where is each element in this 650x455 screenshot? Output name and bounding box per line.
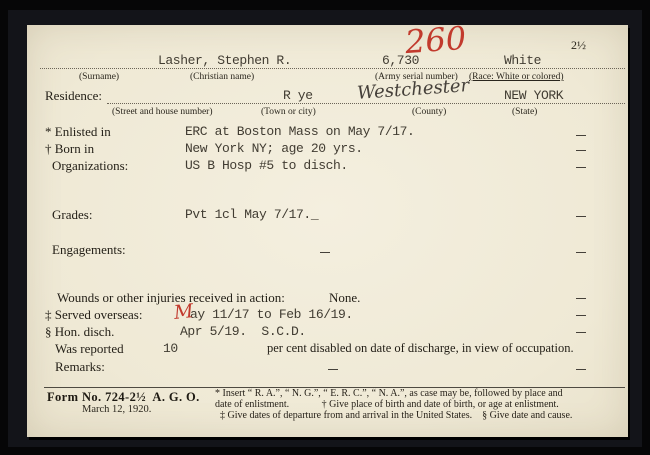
town-label: (Town or city): [261, 107, 316, 117]
enlisted-in-value: ERC at Boston Mass on May 7/17.: [185, 124, 414, 139]
surname-label: (Surname): [79, 72, 119, 82]
margin-dash: [576, 252, 586, 253]
footer-note-line2: date of enlistment. † Give place of birt…: [215, 400, 627, 411]
footer-note-line3: ‡ Give dates of departure from and arriv…: [215, 411, 627, 422]
residence-label: Residence:: [45, 88, 102, 104]
race-label: (Race: White or colored): [469, 72, 564, 82]
disability-percent-value: 10: [163, 341, 178, 356]
enlisted-in-label: * Enlisted in: [45, 124, 111, 140]
organizations-value: US B Hosp #5 to disch.: [185, 158, 348, 173]
margin-dash: [576, 332, 586, 333]
christian-name-label: (Christian name): [190, 72, 254, 82]
state-label: (State): [512, 107, 537, 117]
engagements-blank-dash: [320, 252, 330, 253]
serial-number-value: 6,730: [382, 53, 419, 68]
wounds-label: Wounds or other injuries received in act…: [57, 290, 285, 306]
born-in-value: New York NY; age 20 yrs.: [185, 141, 363, 156]
residence-state-value: NEW YORK: [504, 88, 563, 103]
was-reported-label: Was reported: [55, 341, 124, 357]
grades-value: Pvt 1cl May 7/17._: [185, 207, 318, 222]
margin-dash: [576, 315, 586, 316]
margin-dash: [576, 298, 586, 299]
scanned-record-photo: { "header": { "red_number": "260", "corn…: [0, 0, 650, 455]
served-overseas-label: ‡ Served overseas:: [45, 307, 142, 323]
form-number: Form No. 724-2½ A. G. O.: [47, 390, 200, 405]
handwritten-county-value: Westchester: [356, 75, 469, 104]
margin-dash: [576, 369, 586, 370]
born-in-label: † Born in: [45, 141, 94, 157]
engagements-label: Engagements:: [52, 242, 126, 258]
surname-value: Lasher, Stephen R.: [158, 53, 291, 68]
corner-mark: 2½: [571, 38, 586, 53]
margin-dash: [576, 150, 586, 151]
margin-dash: [576, 135, 586, 136]
hon-disch-label: § Hon. disch.: [45, 324, 114, 340]
margin-dash: [576, 167, 586, 168]
residence-town-value: R ye: [283, 88, 313, 103]
grades-label: Grades:: [52, 207, 92, 223]
race-value: White: [504, 53, 541, 68]
handwritten-red-correction: M: [173, 300, 195, 324]
wounds-value: None.: [329, 290, 360, 306]
organizations-label: Organizations:: [52, 158, 128, 174]
was-reported-suffix: per cent disabled on date of discharge, …: [267, 341, 574, 356]
hon-disch-value: Apr 5/19. S.C.D.: [180, 324, 306, 339]
remarks-label: Remarks:: [55, 359, 105, 375]
county-label: (County): [412, 107, 446, 117]
street-label: (Street and house number): [112, 107, 213, 117]
margin-dash: [576, 216, 586, 217]
form-date: March 12, 1920.: [82, 404, 151, 415]
remarks-blank-dash: [328, 369, 338, 370]
served-overseas-value: ay 11/17 to Feb 16/19.: [190, 307, 353, 322]
service-record-card: 260 2½ Lasher, Stephen R. 6,730 White (S…: [27, 25, 628, 437]
name-dotted-line: [40, 68, 625, 69]
